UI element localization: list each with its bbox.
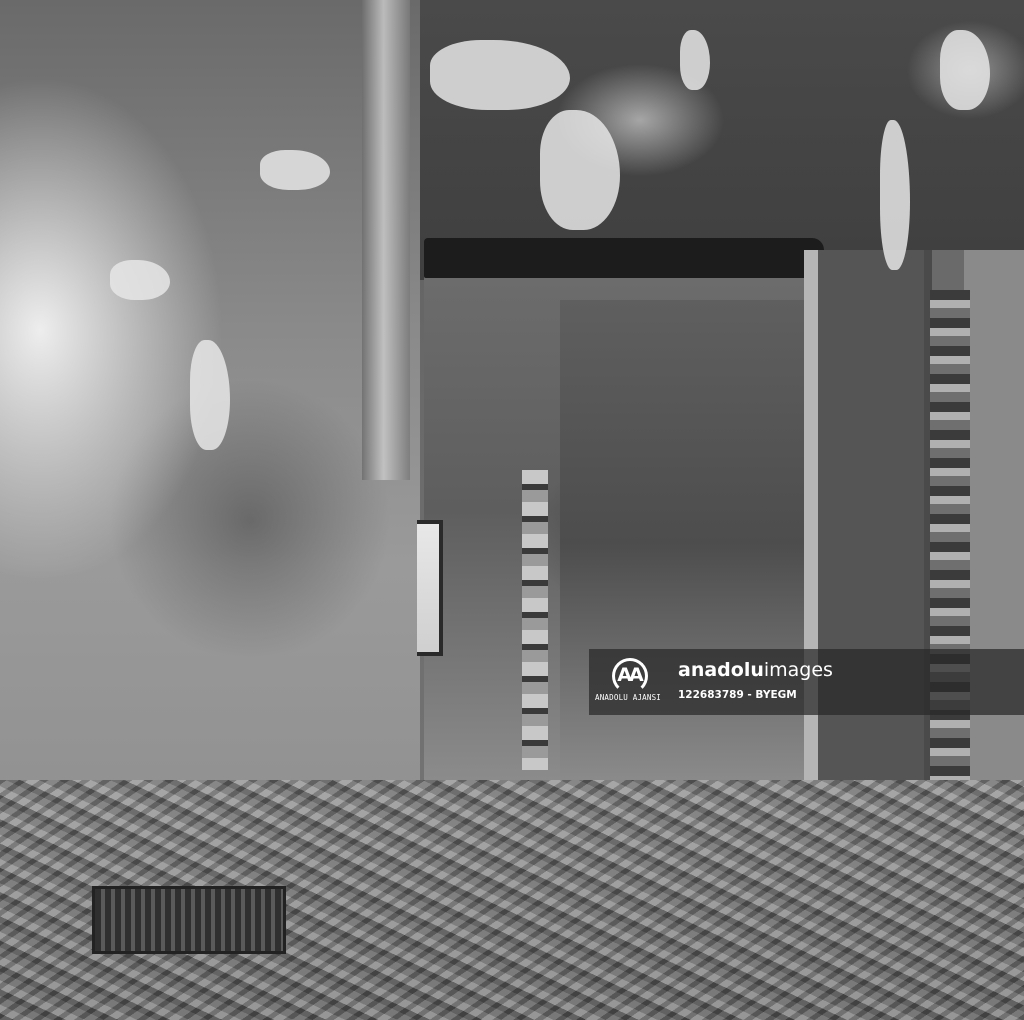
inner-room-window [417,520,443,656]
brand-light: images [764,659,833,681]
brand-wordmark: anadoluimages [678,659,833,681]
inner-room-back-wall [560,300,804,840]
doorway-lintel-shadow [424,238,824,278]
damaged-door-jamb [522,470,548,770]
photograph: AA ANADOLU AJANSI anadoluimages 12268378… [0,0,1024,1020]
logo-caption: ANADOLU AJANSI [595,693,659,702]
aa-logo-icon: AA [610,657,648,691]
image-id: 122683789 - BYEGM [678,689,797,701]
paint-peel [260,150,330,190]
brand-bold: anadolu [678,659,764,681]
paint-peel [110,260,170,300]
logo-letters: AA [610,665,648,685]
anadolu-logo: AA ANADOLU AJANSI [599,657,659,709]
vertical-pipe [362,0,410,480]
burned-radiator [92,886,286,954]
agency-watermark: AA ANADOLU AJANSI anadoluimages 12268378… [589,649,1024,715]
